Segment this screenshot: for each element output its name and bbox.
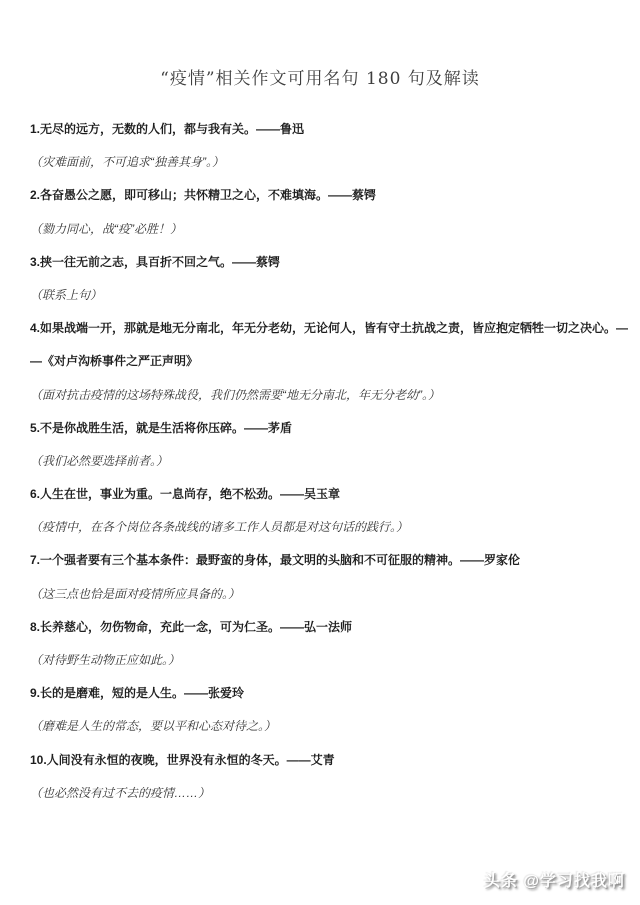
quote-3: 3.挟一往无前之志，具百折不回之气。——蔡锷 xyxy=(30,246,610,279)
note-10: （也必然没有过不去的疫情……） xyxy=(30,777,610,810)
note-4: （面对抗击疫情的这场特殊战役，我们仍然需要“地无分南北，年无分老幼”。） xyxy=(30,379,610,412)
quote-4-line-2: —《对卢沟桥事件之严正声明》 xyxy=(30,345,610,378)
document-page: “疫情”相关作文可用名句 180 句及解读 1.无尽的远方，无数的人们，都与我有… xyxy=(0,0,640,905)
note-5: （我们必然要选择前者。） xyxy=(30,445,610,478)
quote-2: 2.各奋愚公之愿，即可移山；共怀精卫之心，不难填海。——蔡锷 xyxy=(30,179,610,212)
quote-10: 10.人间没有永恒的夜晚，世界没有永恒的冬天。——艾青 xyxy=(30,744,610,777)
quote-8: 8.长养慈心，勿伤物命，充此一念，可为仁圣。——弘一法师 xyxy=(30,611,610,644)
quote-1: 1.无尽的远方，无数的人们，都与我有关。——鲁迅 xyxy=(30,113,610,146)
quote-6: 6.人生在世，事业为重。一息尚存，绝不松劲。——吴玉章 xyxy=(30,478,610,511)
note-2: （勠力同心，战“疫”必胜！） xyxy=(30,213,610,246)
quote-9: 9.长的是磨难，短的是人生。——张爱玲 xyxy=(30,677,610,710)
watermark: 头条 @学习找我啊 xyxy=(484,868,625,891)
quote-4-line-1: 4.如果战端一开，那就是地无分南北，年无分老幼，无论何人，皆有守土抗战之责，皆应… xyxy=(30,312,610,345)
note-1: （灾难面前，不可追求“独善其身”。） xyxy=(30,146,610,179)
quote-5: 5.不是你战胜生活，就是生活将你压碎。——茅盾 xyxy=(30,412,610,445)
doc-title: “疫情”相关作文可用名句 180 句及解读 xyxy=(0,66,640,92)
note-9: （磨难是人生的常态，要以平和心态对待之。） xyxy=(30,710,610,743)
note-7: （这三点也恰是面对疫情所应具备的。） xyxy=(30,578,610,611)
note-8: （对待野生动物正应如此。） xyxy=(30,644,610,677)
quote-7: 7.一个强者要有三个基本条件：最野蛮的身体，最文明的头脑和不可征服的精神。——罗… xyxy=(30,544,610,577)
note-3: （联系上句） xyxy=(30,279,610,312)
quote-list: 1.无尽的远方，无数的人们，都与我有关。——鲁迅 （灾难面前，不可追求“独善其身… xyxy=(30,113,610,810)
note-6: （疫情中，在各个岗位各条战线的诸多工作人员都是对这句话的践行。） xyxy=(30,511,610,544)
